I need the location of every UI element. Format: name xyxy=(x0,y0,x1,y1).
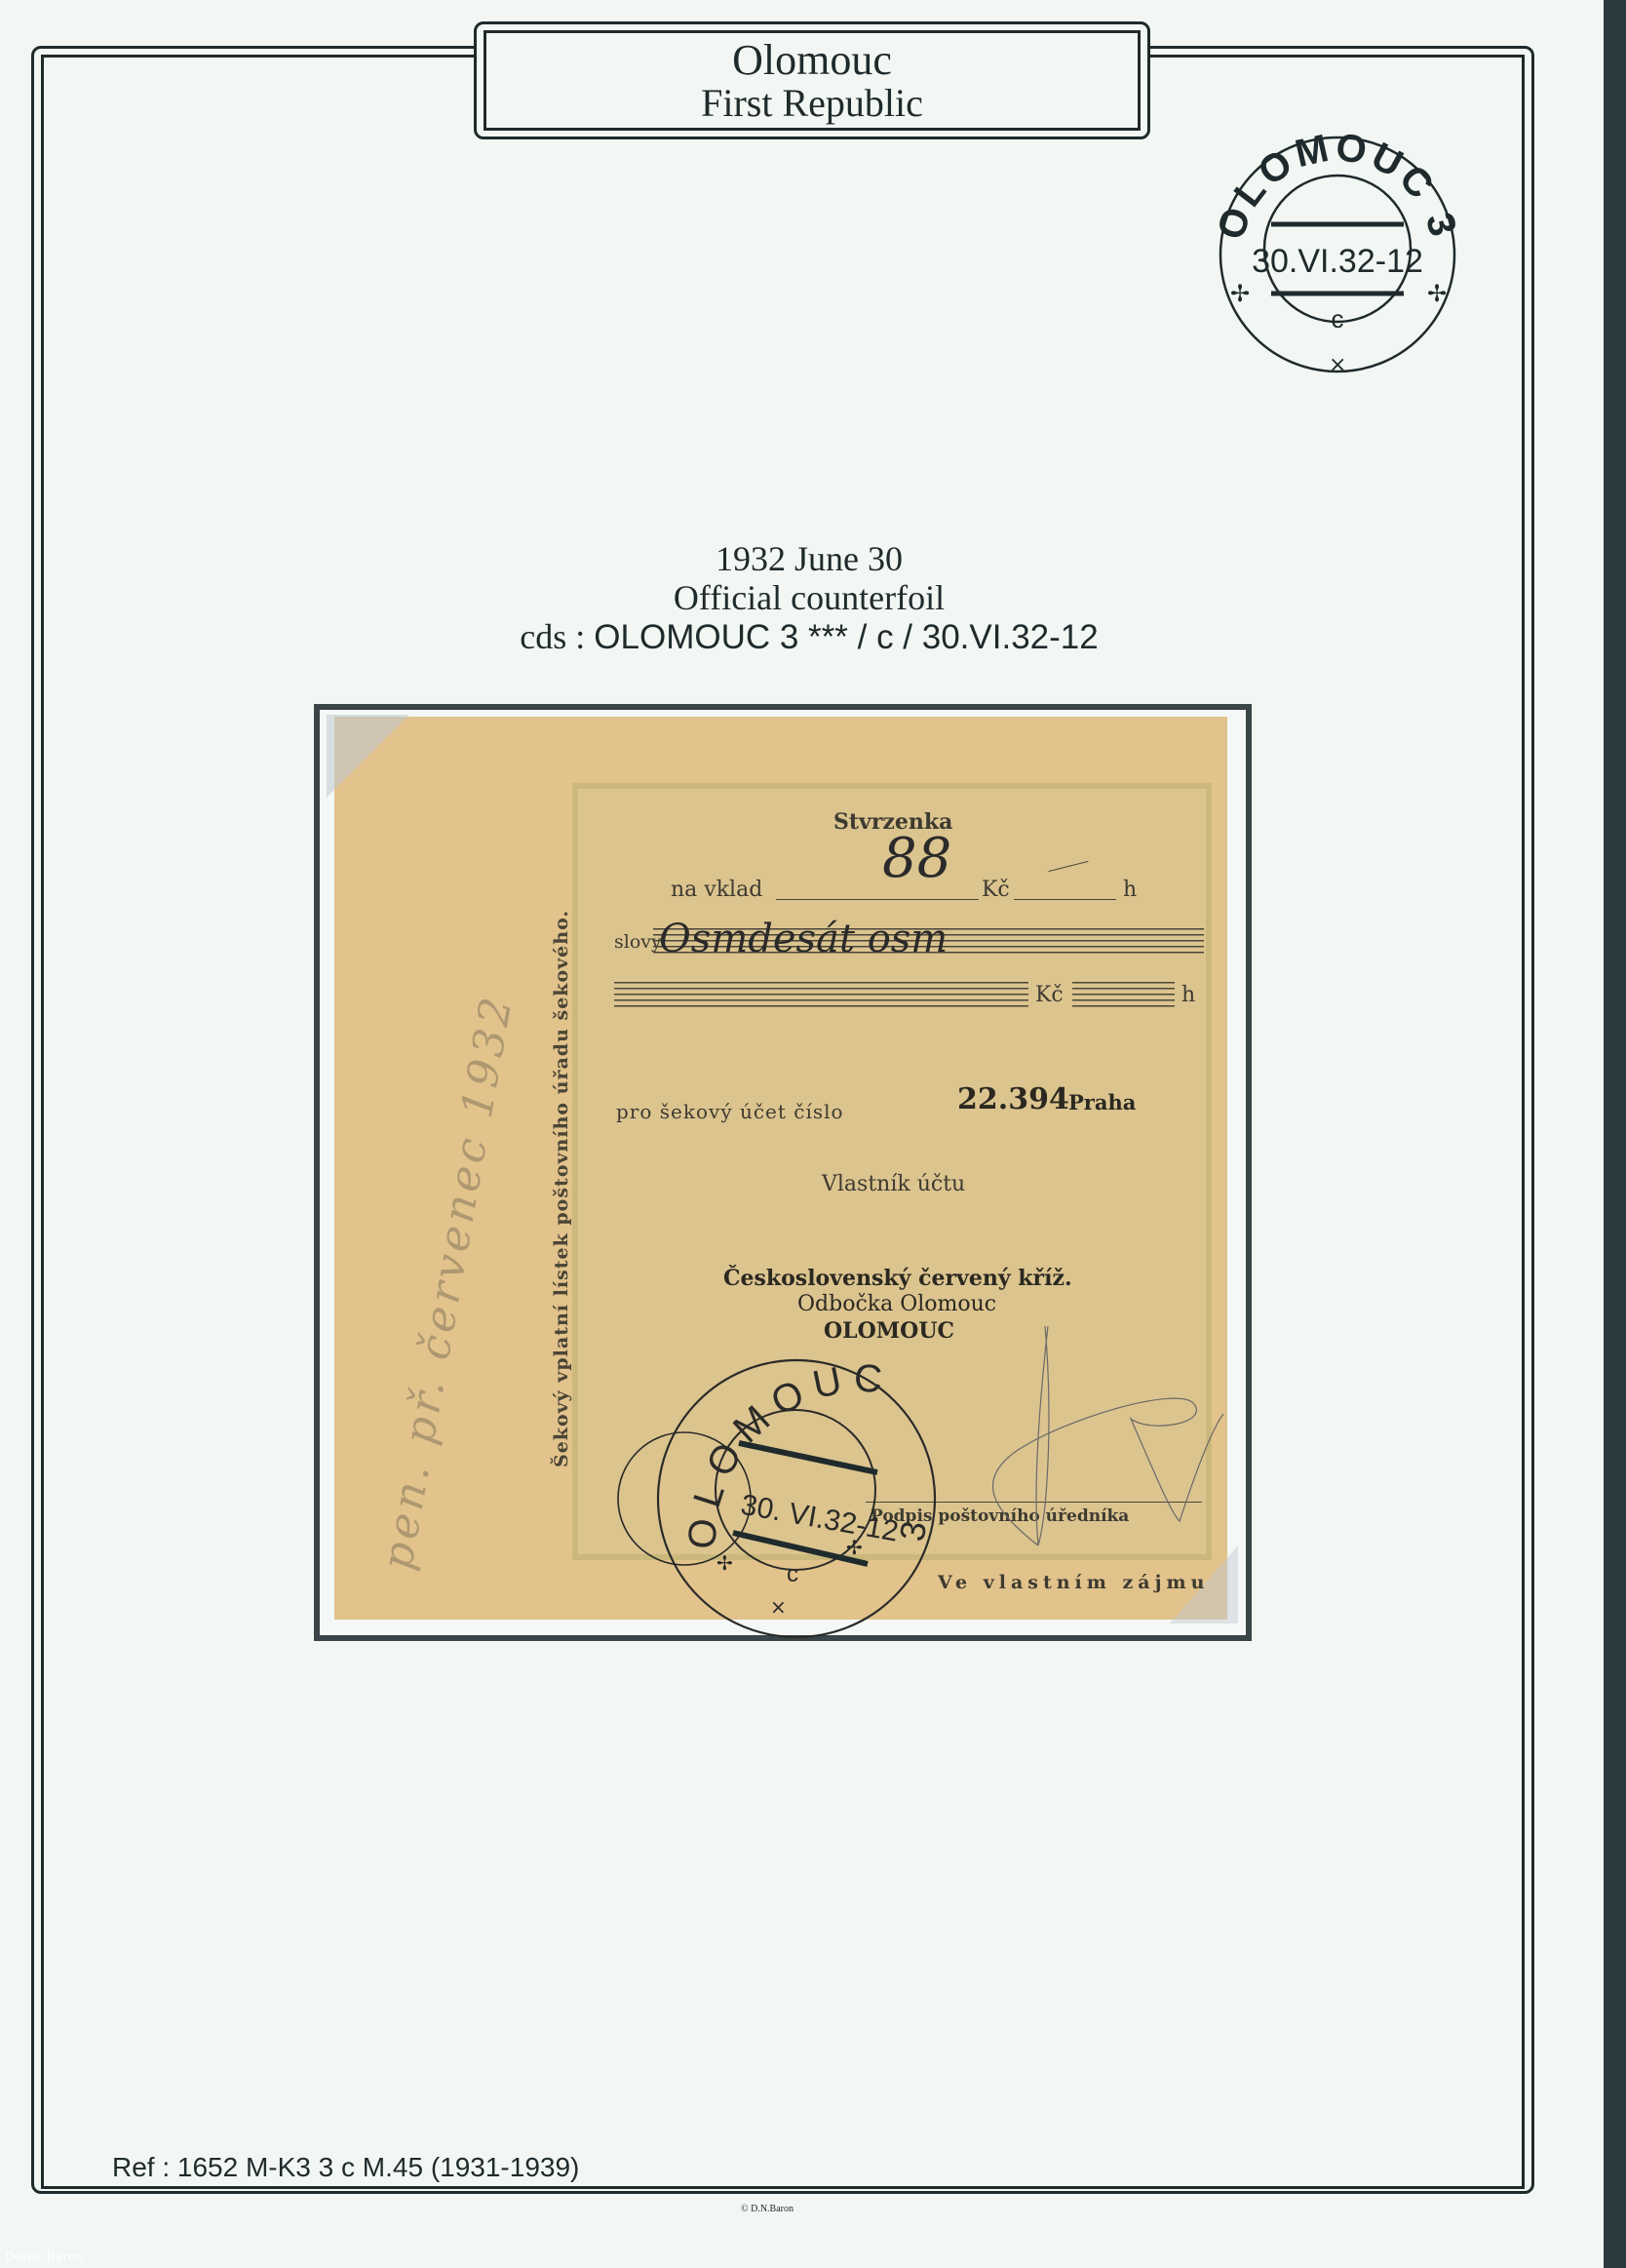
postmark-town: OLOMOUC 3 xyxy=(1209,130,1465,245)
deposit-amount: 88 xyxy=(882,827,951,890)
cds-prefix: cds : xyxy=(520,617,585,656)
title-box: Olomouc First Republic xyxy=(484,30,1141,131)
reference-note: Ref : 1652 M-K3 3 c M.45 (1931-1939) xyxy=(112,2152,579,2183)
account-city: Praha xyxy=(1068,1090,1136,1114)
account-label: pro šekový účet číslo xyxy=(616,1100,844,1123)
svg-text:✢: ✢ xyxy=(716,1551,733,1575)
caption-date: 1932 June 30 xyxy=(390,539,1228,578)
svg-text:✢: ✢ xyxy=(1427,280,1447,307)
postmark-letter: c xyxy=(1332,304,1344,333)
svg-text:c: c xyxy=(787,1561,798,1587)
svg-text:×: × xyxy=(1329,353,1346,377)
svg-text:OLOMOUC 3: OLOMOUC 3 xyxy=(1209,130,1465,245)
words-value: Osmdesát osm xyxy=(659,917,948,961)
currency-label: Kč xyxy=(982,878,1010,902)
svg-text:✢: ✢ xyxy=(1230,280,1250,307)
caption-cds: cds : OLOMOUC 3 *** / c / 30.VI.32-12 xyxy=(390,616,1228,658)
caption-description: Official counterfoil xyxy=(390,578,1228,617)
account-number: 22.394 xyxy=(957,1082,1069,1116)
postmark-illustration: OLOMOUC 3 30.VI.32-12 c ✢ ✢ × xyxy=(1201,130,1474,383)
watermark: Derek Baron xyxy=(5,2250,84,2265)
side-print: Šekový vplatní lístek poštovního úřadu š… xyxy=(551,910,572,1467)
svg-text:×: × xyxy=(770,1595,787,1619)
counterfoil-postmark: OLOMOUC 3 30. VI.32-12 c ✢ ✢ × xyxy=(604,1326,1267,1638)
page-subtitle: First Republic xyxy=(486,82,1138,125)
owner-line-2: Odbočka Olomouc xyxy=(797,1292,996,1316)
heller-label: h xyxy=(1123,878,1137,902)
deposit-label: na vklad xyxy=(671,878,762,902)
cds-value: OLOMOUC 3 *** / c / 30.VI.32-12 xyxy=(594,618,1098,656)
copyright: © D.N.Baron xyxy=(741,2204,794,2214)
svg-text:✢: ✢ xyxy=(846,1536,863,1559)
owner-line-1: Československý červený kříž. xyxy=(723,1266,1072,1291)
scan-edge xyxy=(1604,0,1626,2268)
postmark-date: 30.VI.32-12 xyxy=(1252,243,1423,280)
heller-label-2: h xyxy=(1181,983,1195,1007)
currency-label-2: Kč xyxy=(1035,983,1064,1007)
page-title: Olomouc xyxy=(486,38,1138,83)
mount-corner-top-left xyxy=(327,715,409,798)
owner-label: Vlastník účtu xyxy=(822,1172,965,1196)
